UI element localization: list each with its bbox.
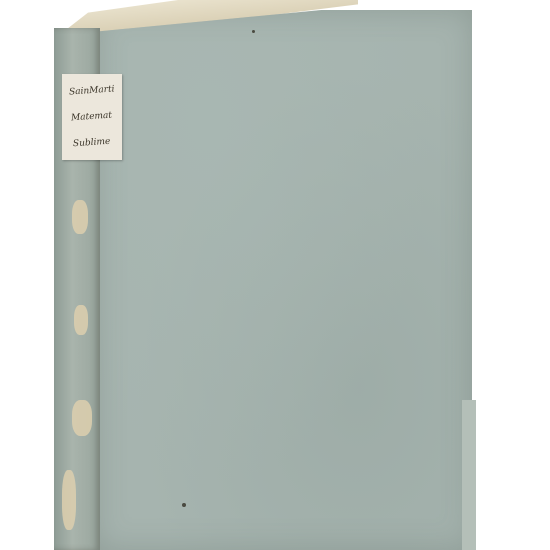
board-edge xyxy=(462,400,476,550)
book-photo: SainMarti Matemat Sublime xyxy=(0,0,550,550)
spine-label: SainMarti Matemat Sublime xyxy=(62,74,122,160)
spine-wear xyxy=(74,305,88,335)
stain xyxy=(252,30,255,33)
spine-wear xyxy=(72,200,88,234)
spine-wear xyxy=(62,470,76,530)
front-board xyxy=(96,10,472,550)
label-line: Sublime xyxy=(73,137,111,150)
label-line: SainMarti xyxy=(69,84,115,97)
spine-wear xyxy=(72,400,92,436)
stain xyxy=(182,503,186,507)
label-line: Matemat xyxy=(71,111,113,124)
